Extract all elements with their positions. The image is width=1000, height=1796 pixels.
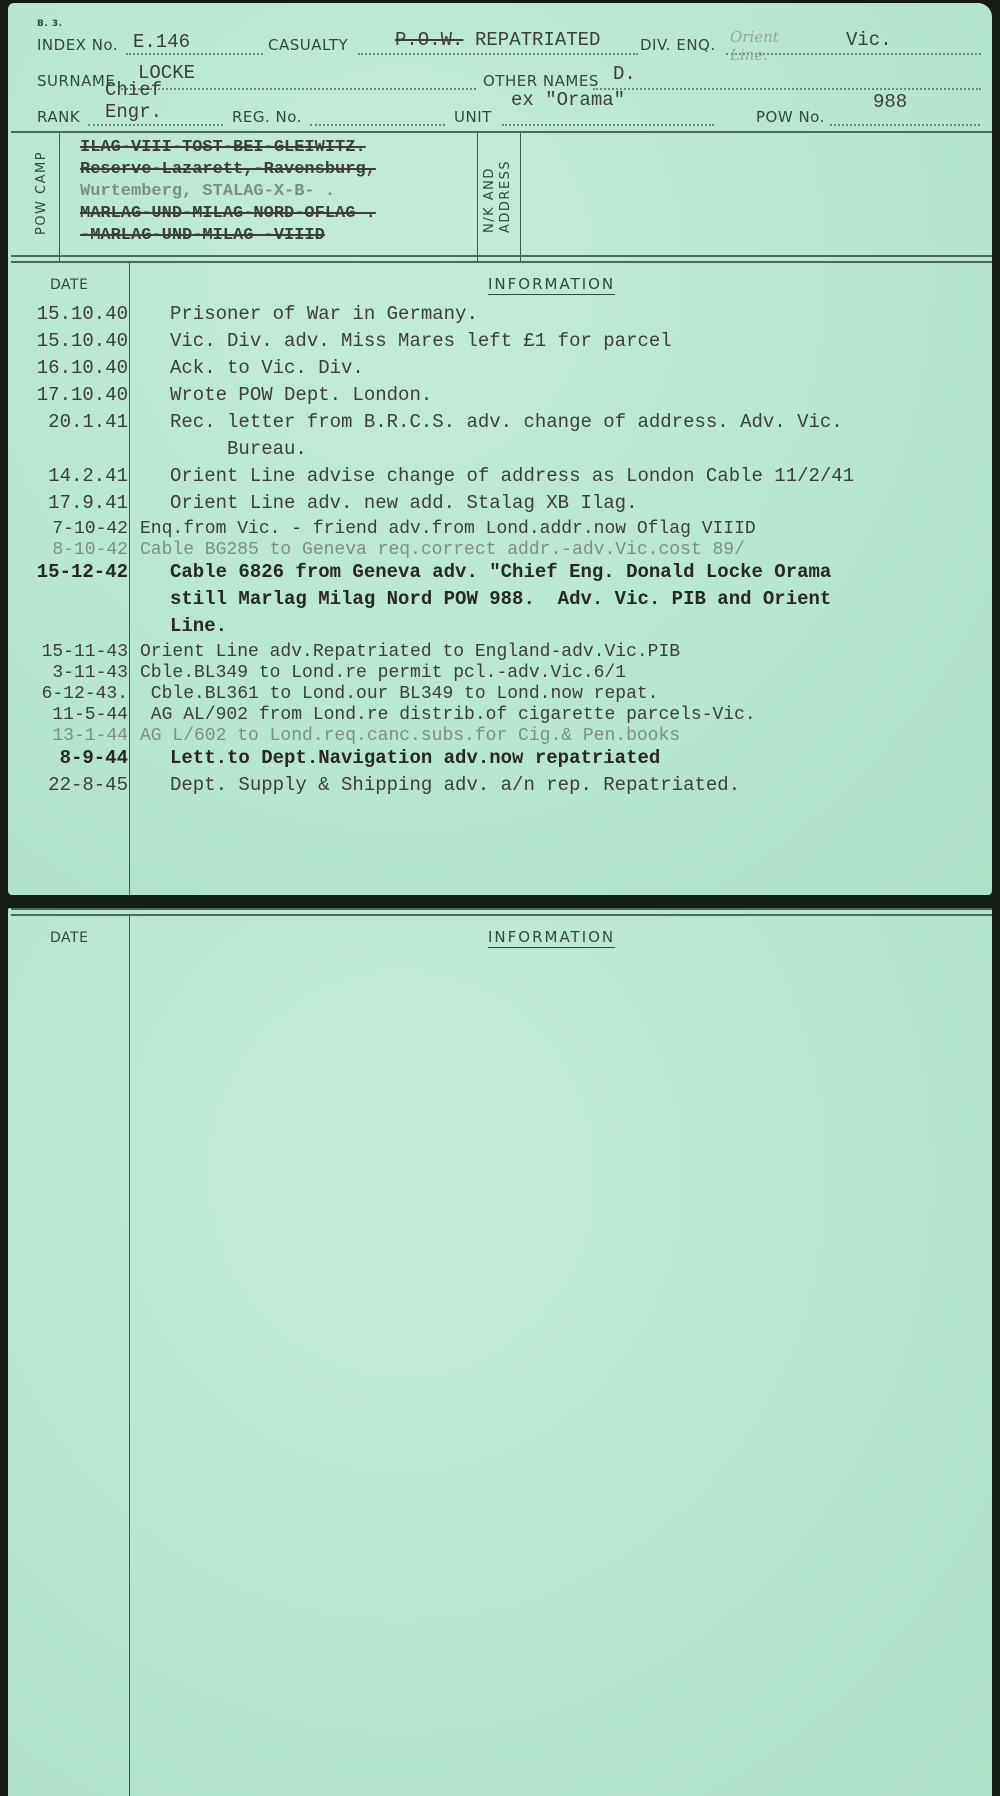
rank-label: RANK	[37, 108, 80, 126]
other-names-label: OTHER NAMES	[483, 72, 599, 90]
entry-date: 7-10-42	[52, 519, 128, 539]
pow-no-value: 988	[873, 91, 907, 113]
pow-no-line	[830, 124, 980, 126]
entry-info: AG AL/902 from Lond.re distrib.of cigare…	[140, 705, 756, 725]
entry-info: Orient Line adv. new add. Stalag XB Ilag…	[170, 492, 637, 514]
div-enq-value: Vic.	[846, 29, 892, 51]
rank-value-line2: Engr.	[105, 101, 162, 123]
nk-divider-right	[520, 133, 521, 261]
nk-divider-left	[477, 133, 478, 261]
pow-camp-label: POW CAMP	[34, 151, 49, 235]
reg-no-label: REG. No.	[232, 108, 302, 126]
back-information-header: INFORMATION	[488, 928, 615, 946]
casualty-value: REPATRIATED	[475, 29, 600, 51]
pow-camp-line: -MARLAG-UND-MILAG -VIIID	[80, 226, 325, 245]
pow-camp-line: Wurtemberg, STALAG-X-B- .	[80, 182, 335, 201]
information-header: INFORMATION	[488, 275, 615, 293]
surname-label: SURNAME	[37, 72, 115, 90]
entry-date: 6-12-43.	[42, 684, 128, 704]
surname-line	[121, 88, 476, 90]
back-date-column-divider	[129, 916, 130, 1796]
entry-date: 15-11-43	[42, 642, 128, 662]
entry-date: 17.10.40	[37, 384, 128, 406]
section-divider-lower-2	[11, 261, 992, 263]
entry-info: Wrote POW Dept. London.	[170, 384, 432, 406]
pow-camp-line: MARLAG-UND-MILAG-NORD-OFLAG .	[80, 204, 376, 223]
entry-info: Rec. letter from B.R.C.S. adv. change of…	[170, 411, 843, 433]
entry-date: 8-10-42	[52, 540, 128, 560]
record-card-front: B. 3. INDEX No. E.146 CASUALTY P.O.W. RE…	[8, 3, 992, 895]
entry-date: 13-1-44	[52, 726, 128, 746]
casualty-line	[358, 53, 638, 55]
reg-no-line	[310, 124, 445, 126]
casualty-label: CASUALTY	[268, 36, 348, 54]
entry-date: 17.9.41	[48, 492, 128, 514]
entry-info: Cble.BL361 to Lond.our BL349 to Lond.now…	[140, 684, 658, 704]
casualty-struck-value: P.O.W.	[395, 29, 463, 51]
section-divider-lower-1	[11, 255, 992, 257]
pow-camp-divider	[59, 133, 60, 261]
other-names-value: D.	[613, 63, 636, 85]
entry-date: 15.10.40	[37, 303, 128, 325]
div-enq-pencil-note: Orient Line.	[730, 28, 800, 64]
entry-date: 11-5-44	[52, 705, 128, 725]
entry-date: 8-9-44	[60, 747, 128, 769]
unit-line	[502, 124, 714, 126]
entry-info: Orient Line adv.Repatriated to England-a…	[140, 642, 680, 662]
entry-info: Prisoner of War in Germany.	[170, 303, 478, 325]
other-names-line	[593, 88, 981, 90]
back-divider-2	[11, 914, 992, 916]
entry-date: 14.2.41	[48, 465, 128, 487]
entry-date: 3-11-43	[52, 663, 128, 683]
entry-info: Cable 6826 from Geneva adv. "Chief Eng. …	[170, 561, 831, 583]
index-no-value: E.146	[133, 31, 190, 53]
form-code: B. 3.	[37, 19, 63, 29]
index-no-line	[126, 53, 263, 55]
unit-label: UNIT	[454, 108, 492, 126]
record-card-back: DATE INFORMATION	[8, 908, 992, 1796]
entry-info: Orient Line advise change of address as …	[170, 465, 854, 487]
entry-info: Dept. Supply & Shipping adv. a/n rep. Re…	[170, 774, 740, 796]
entry-date: 20.1.41	[48, 411, 128, 433]
pow-no-label: POW No.	[756, 108, 825, 126]
back-divider-1	[11, 908, 992, 910]
entry-date: 16.10.40	[37, 357, 128, 379]
entry-date: 22-8-45	[48, 774, 128, 796]
entry-info: Ack. to Vic. Div.	[170, 357, 364, 379]
date-header: DATE	[50, 277, 88, 293]
index-no-label: INDEX No.	[37, 36, 118, 54]
entry-info: AG L/602 to Lond.req.canc.subs.for Cig.&…	[140, 726, 680, 746]
entry-info: Line.	[170, 615, 227, 637]
entry-info: Vic. Div. adv. Miss Mares left £1 for pa…	[170, 330, 672, 352]
pow-camp-line: ILAG-VIII-TOST-BEI-GLEIWITZ.	[80, 138, 366, 157]
entry-info: Enq.from Vic. - friend adv.from Lond.add…	[140, 519, 756, 539]
entry-info: still Marlag Milag Nord POW 988. Adv. Vi…	[170, 588, 831, 610]
entry-date: 15.10.40	[37, 330, 128, 352]
entry-info: Cble.BL349 to Lond.re permit pcl.-adv.Vi…	[140, 663, 626, 683]
entry-info: Cable BG285 to Geneva req.correct addr.-…	[140, 540, 745, 560]
entry-info: Bureau.	[170, 438, 307, 460]
back-date-header: DATE	[50, 930, 88, 946]
date-column-divider	[129, 263, 130, 895]
unit-value: ex "Orama"	[511, 89, 625, 111]
div-enq-label: DIV. ENQ.	[640, 36, 716, 54]
nk-address-label: N/K AND ADDRESS	[482, 133, 514, 233]
rank-line	[88, 124, 223, 126]
pow-camp-line: Reserve-Lazarett,-Ravensburg,	[80, 160, 376, 179]
entry-date: 15-12-42	[37, 561, 128, 583]
rank-value-line1: Chief	[105, 79, 162, 101]
entry-info: Lett.to Dept.Navigation adv.now repatria…	[170, 747, 660, 769]
